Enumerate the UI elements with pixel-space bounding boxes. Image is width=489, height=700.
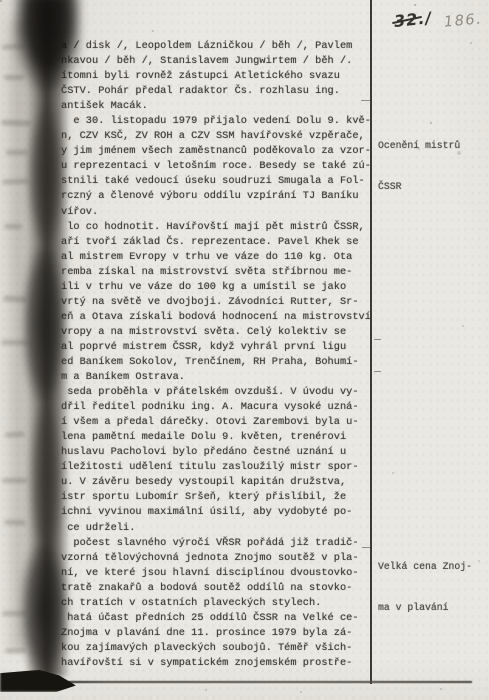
margin-note-velka-cena: Velká cena Znoj- ma v plavání [378,533,472,641]
ink-smudge [2,43,28,49]
text-line: stnili také vedoucí úseku soudruzi Smuga… [61,174,379,189]
text-line: remba získal na mistrovství světa stříbr… [61,265,379,280]
gutter-blob [28,110,64,240]
text-line: seda proběhla v přátelském ovzduší. V úv… [61,385,379,400]
text-line: lena pamětní medaile Dolu 9. květen, tre… [61,430,379,445]
text-line: počest slavného výročí VŘSR pořádá již t… [61,536,379,551]
gutter-blob [23,250,65,400]
text-line: ce udrželi. [61,521,379,536]
ink-smudge [3,295,27,302]
text-line: istr sportu Lubomír Sršeň, který přislíb… [61,490,379,505]
text-line: u reprezentaci v letošním roce. Besedy s… [61,159,379,174]
typewritten-text-column: a / disk /, Leopoldem Lázničkou / běh /,… [61,39,379,671]
bottom-rule [57,681,472,683]
ink-smudge [4,224,22,229]
text-line: vířov. [61,205,379,220]
text-line: y jim jménem všech zaměstnanců poděkoval… [61,144,379,159]
ink-smudge [4,520,26,526]
scan-noise-specks [0,0,2,2]
text-line: íležitosti udělení titulu zasloužilý mis… [61,460,379,475]
pencil-tick [374,339,381,340]
text-line: vrtý na světě ve dvojboji. Závodníci Rut… [61,295,379,310]
text-line: lo co hodnotit. Havířovští mají pět mist… [61,220,379,235]
text-line: al mistrem Evropy v trhu ve váze do 110 … [61,250,379,265]
text-line: huslavu Pacholovi bylo předáno čestné uz… [61,445,379,460]
text-line: m a Baníkem Ostrava. [61,370,379,385]
gutter-halo [10,20,30,650]
text-line: havířovští si v sympatickém znojemském p… [61,656,379,671]
text-line: al poprvé mistrem ČSSR, když vyhrál prvn… [61,340,379,355]
ink-smudge [6,150,28,155]
gutter-blob [30,405,62,555]
text-line: ítomni byli rovněž zástupci Atletického … [61,69,379,84]
pencil-tick [374,371,381,372]
text-line: Znojma v plavání dne 11. prosince 1979 b… [61,626,379,641]
text-line: eň a Otava získali bodová hodnocení na m… [61,310,379,325]
ink-smudge [4,75,24,80]
text-line: hatá účast předních 25 oddílů ČSSR na Ve… [61,611,379,626]
handwritten-corner-annotation: 32./ 186. [394,10,483,29]
margin-note-oceneni-mistru: Ocenění mistrů ČSSR [378,112,460,220]
ink-smudge [2,611,28,616]
ink-smudge [1,119,31,126]
text-line: ichni vyvinou maximální úsilí, aby vydob… [61,505,379,520]
vertical-margin-rule [370,0,372,684]
text-line: í všem a předal dárečky. Otovi Zarembovi… [61,415,379,430]
ink-smudge [5,431,25,437]
margin-note-line: Velká cena Znoj- [378,560,472,574]
text-line: kou zajímavých plaveckých soubojů. Téměř… [61,641,379,656]
margin-note-line: ma v plavání [378,601,472,615]
text-line: vzorná tělovýchovná jednota Znojmo soutě… [61,551,379,566]
text-line: ili v trhu ve váze do 100 kg a umístil s… [61,280,379,295]
text-line: e 30. listopadu 1979 přijalo vedení Dolu… [61,114,379,129]
handwritten-page-number: 186. [444,11,484,30]
ink-smudge [5,648,26,654]
text-line: u. V závěru besedy vystoupil kapitán dru… [61,475,379,490]
text-line: vropy a na mistrovství světa. Celý kolek… [61,325,379,340]
ink-smudge [1,340,29,345]
text-line: ČSTV. Pohár předal radaktor Čs. rozhlasu… [61,84,379,99]
text-line: ch tratích v ostatních plaveckých stylec… [61,596,379,611]
margin-note-line: Ocenění mistrů [378,139,460,153]
text-line: antišek Macák. [61,99,379,114]
scanned-document-page: a / disk /, Leopoldem Lázničkou / běh /,… [0,0,489,700]
text-line: ní, ve které jsou hlavní disciplínou dvo… [61,566,379,581]
text-line: n, CZV KSČ, ZV ROH a CZV SSM havířovské … [61,129,379,144]
margin-note-line: ČSSR [378,180,460,194]
ink-smudge [2,179,29,185]
text-line: ed Baníkem Sokolov, Trenčínem, RH Praha,… [61,355,379,370]
text-line: a / disk /, Leopoldem Lázničkou / běh /,… [61,39,379,54]
text-line: tratě znakařů a bodová soutěž oddílů na … [61,581,379,596]
pencil-tick [361,100,370,101]
text-line: rczný a členové výboru oddílu vzpírání T… [61,189,379,204]
text-line: nkavou / běh /, Stanislavem Jungwirtem /… [61,54,379,69]
text-line: aří tvoří základ Čs. reprezentace. Pavel… [61,235,379,250]
pencil-tick [362,547,370,548]
text-line: dřil ředitel podniku ing. A. Macura vyso… [61,400,379,415]
ink-smudge [2,478,27,483]
